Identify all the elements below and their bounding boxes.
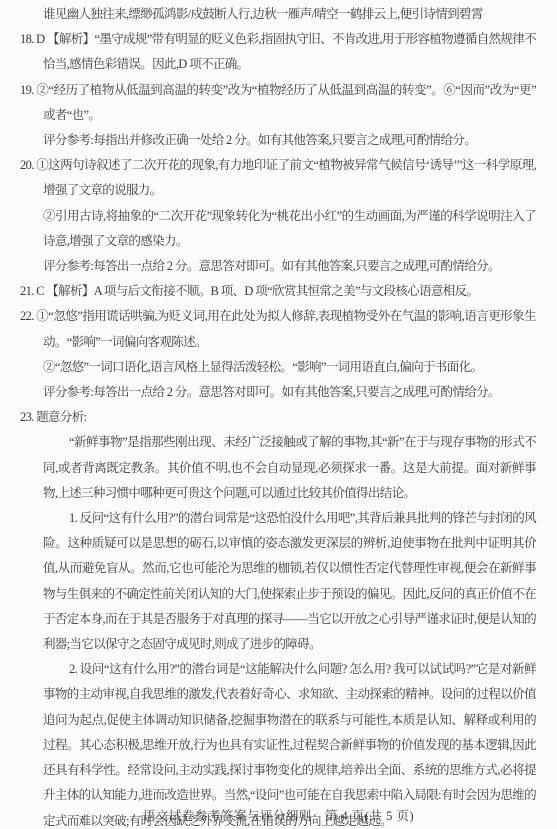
poem-answer-line: 谁见幽人独往来,缥缈孤鸿影/戍鼓断人行,边秋一雁声/晴空一鹤排云上,便引诗情到碧… (43, 2, 536, 27)
answer-23-point-2: 2. 设问“这有什么用?”的潜台词是“这能解决什么问题? 怎么用? 我可以试试吗… (43, 657, 536, 829)
document-page: 谁见幽人独往来,缥缈孤鸿影/戍鼓断人行,边秋一雁声/晴空一鹤排云上,便引诗情到碧… (0, 0, 557, 829)
answer-21: 21. C 【解析】A 项与后文衔接不顺。B 项、D 项“欣赏其恒常之美”与文段… (43, 279, 536, 304)
answer-key-body: 谁见幽人独往来,缥缈孤鸿影/戍鼓断人行,边秋一雁声/晴空一鹤排云上,便引诗情到碧… (43, 2, 536, 829)
answer-22-point-2: ②“忽悠”一词口语化,语言风格上显得活泼轻松。“影响”一词用语直白,偏向于书面化… (43, 355, 536, 380)
answer-20-point-1: 20. ①这两句诗叙述了二次开花的现象,有力地印证了前文“植物被异常气候信号‘诱… (43, 153, 536, 203)
answer-19: 19. ②“经历了植物从低温到高温的转变”改为“植物经历了从低温到高温的转变”。… (43, 78, 536, 128)
page-footer: 语文试卷参考答案与评分细则 第 4 页(共 5 页) (0, 806, 557, 824)
answer-18: 18. D 【解析】“墨守成规”带有明显的贬义色彩,指固执守旧、不肯改进,用于形… (43, 27, 536, 77)
answer-20-point-2: ②引用古诗,将抽象的“二次开花”现象转化为“桃花出小红”的生动画面,为严谨的科学… (43, 204, 536, 254)
answer-23-heading: 23. 题意分析: (43, 405, 536, 430)
scoring-note-22: 评分参考:每答出一点给 2 分。意思答对即可。如有其他答案,只要言之成理,可酌情… (43, 380, 536, 405)
scoring-note-19: 评分参考:每指出并修改正确一处给 2 分。如有其他答案,只要言之成理,可酌情给分… (43, 128, 536, 153)
scoring-note-20: 评分参考:每答出一点给 2 分。意思答对即可。如有其他答案,只要言之成理,可酌情… (43, 254, 536, 279)
answer-23-point-1: 1. 反问“这有什么用?”的潜台词常是“这恐怕没什么用吧”,其背后兼具批判的锋芒… (43, 506, 536, 657)
answer-22-point-1: 22. ①“忽悠”指用谎话哄骗,为贬义词,用在此处为拟人修辞,表现植物受外在气温… (43, 304, 536, 354)
answer-23-analysis: “新鲜事物”是指那些刚出现、未经广泛接触或了解的事物,其“新”在于与现存事物的形… (43, 430, 536, 506)
